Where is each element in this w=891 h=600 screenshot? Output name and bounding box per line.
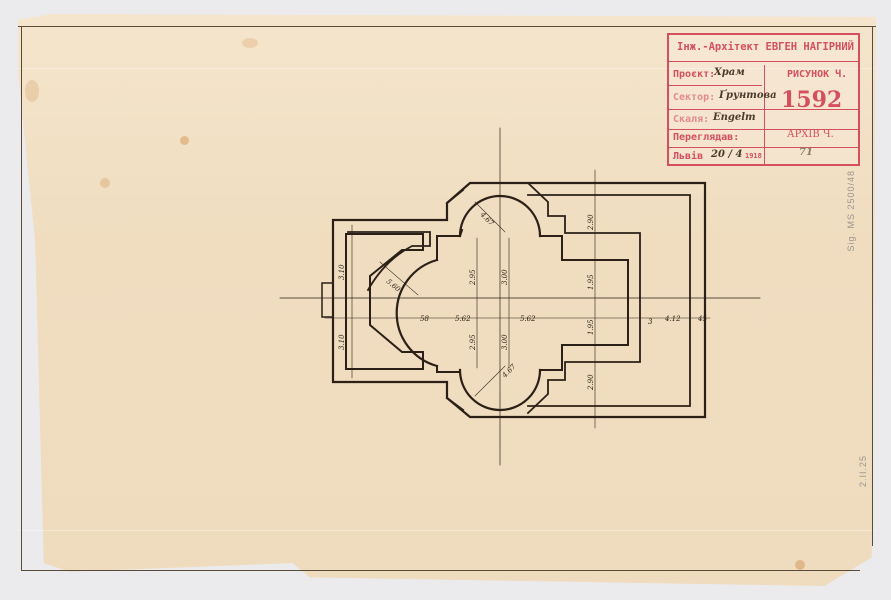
apse (397, 260, 437, 366)
svg-text:1.95: 1.95 (587, 274, 595, 290)
svg-text:3: 3 (648, 318, 653, 326)
svg-text:58: 58 (420, 315, 429, 323)
svg-text:3.00: 3.00 (501, 269, 509, 285)
svg-text:2.90: 2.90 (587, 374, 595, 391)
svg-text:5.62: 5.62 (455, 315, 471, 323)
svg-text:2.90: 2.90 (587, 214, 595, 231)
left-wing (346, 234, 423, 369)
svg-text:5.60: 5.60 (385, 277, 403, 293)
east-arm (540, 236, 628, 370)
svg-text:4.67: 4.67 (478, 210, 496, 228)
svg-text:3.10: 3.10 (338, 264, 346, 280)
svg-text:2.95: 2.95 (469, 334, 477, 351)
svg-text:2.95: 2.95 (469, 269, 477, 286)
svg-text:45: 45 (697, 315, 707, 323)
svg-text:4.67: 4.67 (500, 362, 518, 380)
svg-text:3.10: 3.10 (338, 334, 346, 350)
svg-text:5.62: 5.62 (520, 315, 536, 323)
floor-plan: 3.10 3.10 5.60 58 5.62 5.62 2.95 3.00 2.… (0, 0, 891, 600)
outer-wall (333, 183, 705, 417)
svg-text:3.00: 3.00 (501, 334, 509, 350)
svg-text:1.95: 1.95 (587, 319, 595, 335)
svg-text:4.12: 4.12 (664, 315, 681, 323)
